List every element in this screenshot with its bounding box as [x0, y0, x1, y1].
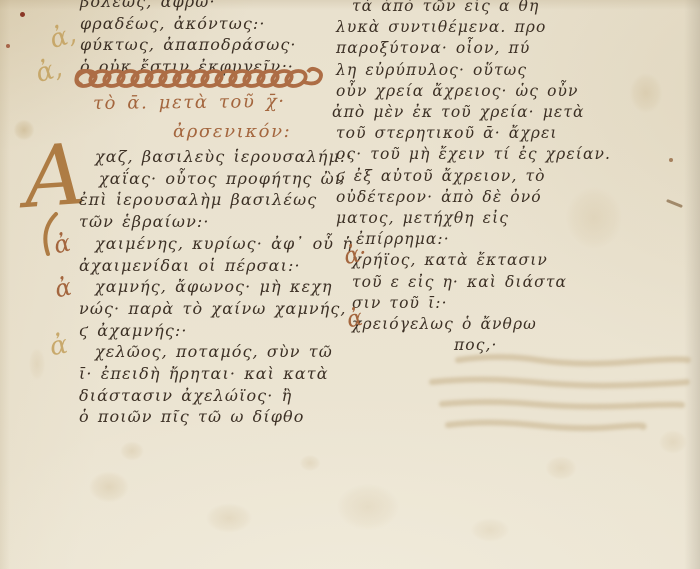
ink-bleedthrough	[420, 348, 700, 443]
manuscript-line: παροξύτονα· οἷον, πύ	[336, 38, 700, 59]
marginal-letter: ἀ	[48, 330, 71, 363]
braid-ornament	[72, 66, 324, 92]
ink-dot	[20, 12, 25, 17]
manuscript-line: λη εὐρύπυλος· οὕτως	[336, 60, 700, 81]
manuscript-line: ϛ ἀχαμνής:·	[79, 320, 349, 342]
right-column: τὰ ἀπὸ τῶν εἰς α θη λυκὰ συντιθέμενα. πρ…	[336, 0, 700, 356]
stain-spot	[198, 498, 260, 538]
manuscript-line: χαιμένης, κυρίως· ἀφ᾽ οὗ ἡ	[79, 233, 349, 255]
manuscript-line: χαμνής, ἄφωνος· μὴ κεχη	[79, 276, 349, 298]
manuscript-line: ῑ· ἐπειδὴ ἤρηται· καὶ κατὰ	[79, 363, 349, 385]
stain-spot	[464, 514, 516, 546]
manuscript-line: λυκὰ συντιθέμενα. προ	[336, 17, 700, 38]
manuscript-line: ἐπίρρημα:·	[336, 229, 700, 250]
manuscript-line: ματος, μετήχθη εἰς	[336, 208, 700, 229]
marginal-letter: ἀ,	[46, 19, 79, 55]
manuscript-line: χαζ, βασιλεὺς ἱερουσαλήμ:·	[79, 146, 349, 168]
manuscript-line: χρήϊος, κατὰ ἔκτασιν	[336, 250, 700, 271]
left-column-entries: χαζ, βασιλεὺς ἱερουσαλήμ:· χαΐας· οὗτος …	[79, 146, 349, 428]
manuscript-line: ἐπὶ ἱερουσαλὴμ βασιλέως	[79, 189, 349, 211]
manuscript-line: φραδέως, ἀκόντως:·	[80, 13, 350, 35]
page-edge-left	[0, 0, 10, 569]
manuscript-line: τῶν ἑβραίων:·	[79, 211, 349, 233]
stain-spot	[326, 476, 410, 538]
manuscript-line: οὐδέτερον· ἀπὸ δὲ ὀνό	[336, 187, 700, 208]
manuscript-line: βολέως, ἀφρῶ·	[80, 0, 350, 13]
manuscript-line: τὰ ἀπὸ τῶν εἰς α θη	[336, 0, 700, 17]
manuscript-line: χαΐας· οὗτος προφήτης ὢν	[79, 168, 349, 190]
stain-spot	[82, 466, 136, 508]
manuscript-line: ὁ ποιῶν πῖς τῶ ω δίφθο	[79, 406, 349, 428]
ink-dot	[6, 44, 10, 48]
marginal-letter: ἀ,	[32, 53, 65, 89]
manuscript-line: διάστασιν ἀχελώϊος· ἢ	[79, 385, 349, 407]
rubric-heading: τὸ ᾱ. μετὰ τοῦ χ̄·	[93, 91, 286, 114]
manuscript-line: ϛ ἐξ αὐτοῦ ἄχρειον, τὸ	[336, 166, 700, 187]
rubric-heading: ἀρσενικόν:	[173, 121, 291, 142]
manuscript-page: ἀ, ἀ, βολέως, ἀφρῶ· φραδέως, ἀκόντως:· φ…	[0, 0, 700, 569]
manuscript-line: χρειόγελως ὁ ἄνθρω	[336, 314, 700, 335]
manuscript-line: ἀχαιμενίδαι οἱ πέρσαι:·	[79, 255, 349, 277]
manuscript-line: χελῶος, ποταμός, σὺν τῶ	[79, 341, 349, 363]
manuscript-line: σιν τοῦ ῑ:·	[336, 293, 700, 314]
marginal-letter: ἀ	[52, 273, 74, 304]
stain-spot	[116, 438, 148, 464]
manuscript-line: νώς· παρὰ τὸ χαίνω χαμνής,	[79, 298, 349, 320]
stain-spot	[26, 342, 48, 386]
manuscript-line: οὖν χρεία ἄχρειος· ὡς οὖν	[336, 81, 700, 102]
illuminated-initial: Α	[21, 132, 87, 220]
manuscript-line: ος· τοῦ μὴ ἔχειν τί ἐς χρείαν.	[336, 144, 700, 165]
manuscript-line: τοῦ στερητικοῦ ᾱ· ἄχρει	[336, 123, 700, 144]
manuscript-line: ἀπὸ μὲν ἐκ τοῦ χρεία· μετὰ	[332, 102, 700, 123]
manuscript-line: τοῦ ε εἰς η· καὶ διάστα	[336, 272, 700, 293]
stain-spot	[540, 452, 582, 484]
manuscript-line: φύκτως, ἀπαποδράσως·	[80, 34, 350, 56]
stain-spot	[296, 452, 324, 474]
